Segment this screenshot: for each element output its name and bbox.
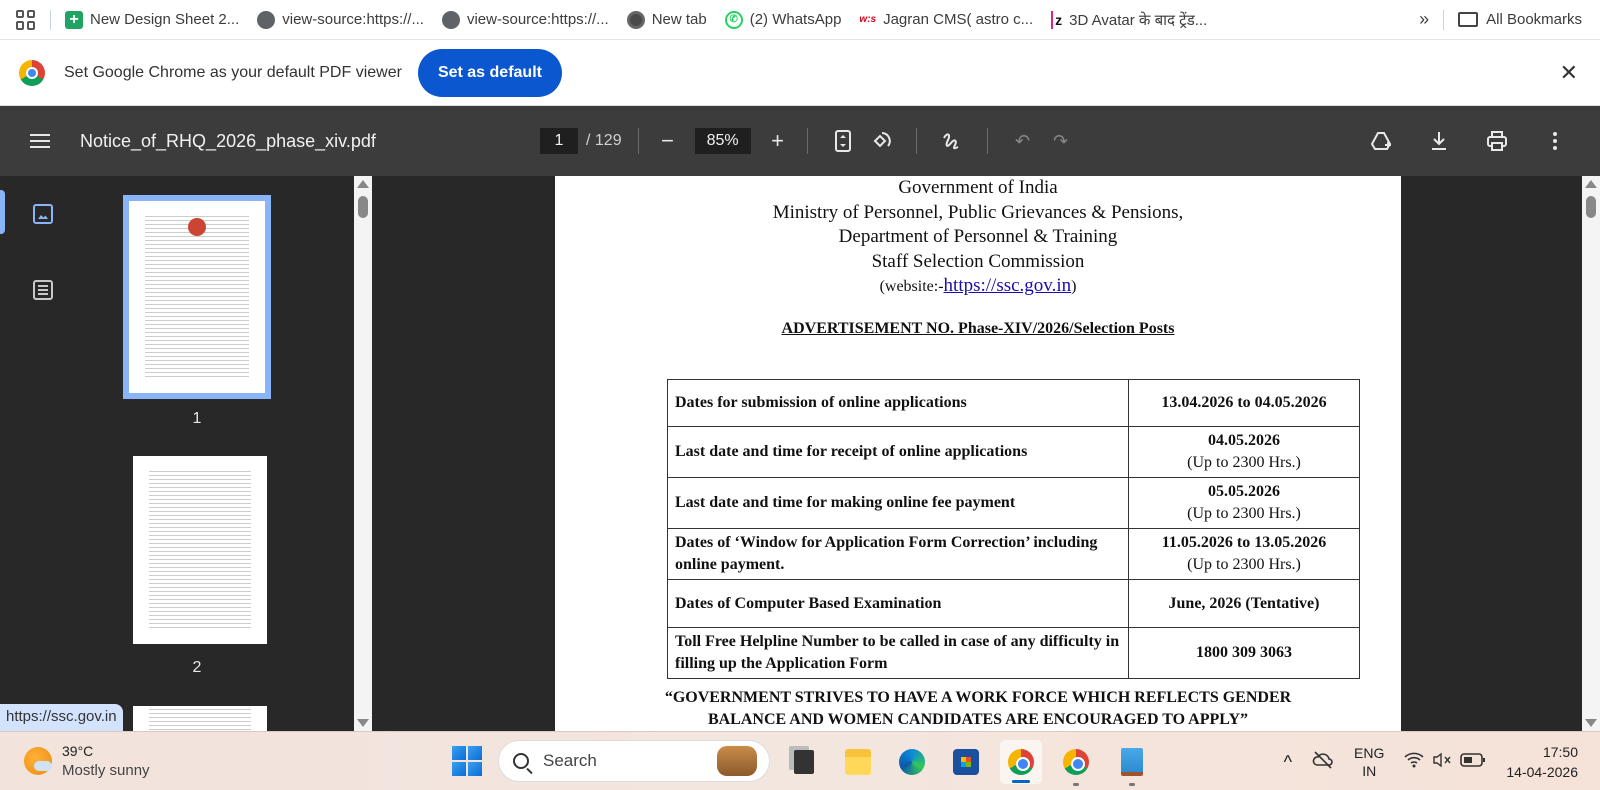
apps-grid-icon[interactable] (16, 10, 36, 30)
table-row: Last date and time for making online fee… (668, 478, 1360, 529)
edge-icon (899, 749, 925, 775)
scrollbar-thumb[interactable] (358, 196, 368, 218)
clock-date: 14-04-2026 (1506, 762, 1578, 782)
more-bookmarks-chevron-icon[interactable]: » (1419, 9, 1429, 30)
notepad-icon (1121, 748, 1143, 776)
onedrive-paused-icon[interactable] (1312, 750, 1334, 774)
table-row: Last date and time for receipt of online… (668, 427, 1360, 478)
page-thumbnail-3[interactable] (133, 706, 267, 731)
thumbnail-page-number: 1 (122, 410, 272, 428)
notepad-app[interactable] (1114, 744, 1150, 780)
set-as-default-button[interactable]: Set as default (418, 49, 562, 97)
bookmark-new-tab[interactable]: New tab (627, 11, 707, 29)
print-icon[interactable] (1485, 129, 1509, 153)
bookmark-view-source-2[interactable]: view-source:https://... (442, 11, 609, 29)
pdf-page: Government of India Ministry of Personne… (555, 176, 1401, 731)
google-sheets-icon: + (65, 11, 83, 29)
thumbnails-icon[interactable] (33, 204, 53, 224)
table-row: Toll Free Helpline Number to be called i… (668, 628, 1360, 679)
microsoft-store-icon (953, 749, 979, 775)
search-icon (513, 753, 529, 769)
infobar-message: Set Google Chrome as your default PDF vi… (64, 64, 402, 82)
document-title: Notice_of_RHQ_2026_phase_xiv.pdf (80, 131, 376, 152)
chrome-app-active[interactable] (1000, 740, 1042, 784)
toolbar-divider (807, 128, 808, 154)
system-clock[interactable]: 17:50 14-04-2026 (1506, 742, 1578, 782)
bookmark-jagran-cms[interactable]: w:s Jagran CMS( astro c... (859, 11, 1033, 29)
system-tray: ^ ENG IN 17:50 14-04-2026 (1284, 732, 1600, 790)
bookmark-new-design-sheet[interactable]: + New Design Sheet 2... (65, 11, 239, 29)
volume-muted-icon[interactable] (1432, 752, 1452, 772)
sidebar-rail (0, 176, 84, 731)
bookmarks-bar: + New Design Sheet 2... view-source:http… (0, 0, 1600, 40)
document-outline-icon[interactable] (33, 280, 53, 300)
store-app[interactable] (948, 744, 984, 780)
table-row: Dates of Computer Based Examination June… (668, 580, 1360, 628)
default-pdf-infobar: Set Google Chrome as your default PDF vi… (0, 40, 1600, 106)
save-to-drive-icon[interactable] (1369, 129, 1393, 153)
start-windows-icon[interactable] (452, 746, 482, 776)
scroll-up-arrow-icon[interactable] (357, 180, 369, 188)
menu-icon[interactable] (30, 134, 50, 148)
file-explorer-app[interactable] (786, 744, 822, 780)
thumbnail-sidebar: 1 2 (0, 176, 372, 731)
page-thumbnail-2[interactable] (133, 456, 267, 644)
jagran-icon: w:s (859, 11, 876, 29)
download-icon[interactable] (1427, 129, 1451, 153)
globe-icon (442, 11, 460, 29)
scroll-up-arrow-icon[interactable] (1585, 180, 1597, 188)
page-controls: 1 / 129 − 85% + ↶ ↷ (540, 128, 1080, 154)
close-icon[interactable]: ✕ (1560, 60, 1578, 86)
zoom-in-button[interactable]: + (765, 128, 791, 154)
scroll-down-arrow-icon[interactable] (357, 719, 369, 727)
bookmark-3d-avatar[interactable]: z 3D Avatar के बाद ट्रेंड... (1051, 10, 1207, 30)
search-placeholder: Search (543, 751, 597, 771)
toolbar-divider (987, 128, 988, 154)
table-row: Dates of ‘Window for Application Form Co… (668, 529, 1360, 580)
show-hidden-icons-chevron-icon[interactable]: ^ (1284, 753, 1292, 771)
website-link[interactable]: https://ssc.gov.in (944, 275, 1072, 296)
schedule-table: Dates for submission of online applicati… (667, 379, 1360, 679)
table-row: Dates for submission of online applicati… (668, 380, 1360, 427)
page-number-input[interactable]: 1 (540, 128, 578, 154)
page-total: / 129 (586, 132, 622, 150)
toolbar-divider (916, 128, 917, 154)
toolbar-divider (638, 128, 639, 154)
sidebar-scrollbar[interactable] (354, 176, 372, 731)
redo-icon[interactable]: ↷ (1049, 129, 1073, 153)
weather-widget[interactable]: 39°C Mostly sunny (24, 742, 150, 780)
globe-icon (257, 11, 275, 29)
chrome-icon (1008, 749, 1034, 775)
wifi-icon[interactable] (1404, 752, 1424, 772)
zoom-out-button[interactable]: − (655, 128, 681, 154)
thumbnail-list: 1 2 (84, 176, 354, 731)
gender-balance-slogan: “GOVERNMENT STRIVES TO HAVE A WORK FORCE… (555, 687, 1401, 731)
search-highlight-image (717, 746, 757, 776)
page-thumbnail-1[interactable] (129, 201, 265, 393)
scrollbar-thumb[interactable] (1586, 196, 1596, 218)
fit-page-icon[interactable] (831, 129, 855, 153)
weather-sun-icon (24, 747, 52, 775)
bookmarks-divider (1443, 10, 1444, 30)
taskbar-search[interactable]: Search (498, 740, 770, 782)
document-header: Government of India Ministry of Personne… (555, 176, 1401, 300)
chrome-icon (627, 11, 645, 29)
folder-icon (1458, 12, 1478, 27)
more-options-icon[interactable] (1543, 129, 1567, 153)
weather-description: Mostly sunny (62, 761, 150, 780)
windows-taskbar: 39°C Mostly sunny Search ^ ENG IN (0, 731, 1600, 790)
task-view-icon (794, 750, 814, 774)
folder-app[interactable] (840, 744, 876, 780)
active-tab-indicator (0, 190, 5, 234)
hz-icon: z (1051, 11, 1062, 29)
bookmark-whatsapp[interactable]: ✆ (2) WhatsApp (725, 11, 842, 29)
edge-app[interactable] (894, 744, 930, 780)
link-status-url: https://ssc.gov.in (0, 704, 123, 731)
chrome-profile-icon (1063, 749, 1089, 775)
chrome-profile-app[interactable] (1058, 744, 1094, 780)
language-indicator[interactable]: ENG IN (1354, 744, 1384, 780)
zoom-level-input[interactable]: 85% (695, 128, 751, 154)
clock-time: 17:50 (1506, 742, 1578, 762)
pdf-toolbar: Notice_of_RHQ_2026_phase_xiv.pdf 1 / 129… (0, 106, 1600, 176)
all-bookmarks-button[interactable]: All Bookmarks (1458, 11, 1582, 28)
website-line: (website:-https://ssc.gov.in) (555, 274, 1401, 300)
bookmarks-divider (50, 10, 51, 30)
whatsapp-icon: ✆ (725, 11, 743, 29)
scroll-down-arrow-icon[interactable] (1585, 719, 1597, 727)
advertisement-number: ADVERTISEMENT NO. Phase-XIV/2026/Selecti… (555, 320, 1401, 338)
undo-icon[interactable]: ↶ (1011, 129, 1035, 153)
rotate-icon[interactable] (869, 129, 893, 153)
folder-icon (845, 749, 871, 775)
pdf-viewer[interactable]: Government of India Ministry of Personne… (372, 176, 1582, 731)
draw-annotation-icon[interactable] (940, 129, 964, 153)
thumbnail-page-number: 2 (122, 659, 272, 677)
weather-temperature: 39°C (62, 742, 150, 761)
toolbar-actions (1362, 129, 1574, 153)
chrome-logo-icon (19, 60, 45, 86)
viewer-scrollbar[interactable] (1582, 176, 1600, 731)
bookmark-view-source-1[interactable]: view-source:https://... (257, 11, 424, 29)
battery-icon[interactable] (1460, 753, 1486, 771)
